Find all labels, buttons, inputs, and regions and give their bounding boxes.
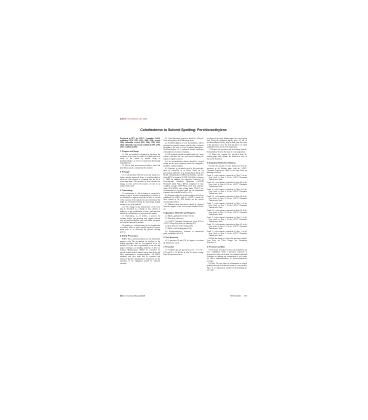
page-header: AATCC Test Method 157-2000 bbox=[120, 118, 247, 120]
paragraph: 9.1 Precision. Precision for this test m… bbox=[207, 249, 247, 262]
canvas-background: AATCC Test Method 157-2000 Colorfastness… bbox=[0, 0, 368, 420]
paragraph: Grade 5—color transfer equivalent to Ste… bbox=[207, 174, 247, 181]
section-heading: 2. Principle bbox=[120, 171, 160, 173]
paragraph: 3.1.1 The change in any characteristic o… bbox=[120, 206, 160, 215]
paragraph: 8.2 Rate the change in color of the spec… bbox=[207, 237, 247, 244]
paragraph: 5.3 AATCC Chromatic Transference Scale (… bbox=[163, 220, 203, 224]
text-column-right: two layers of the white blotting paper i… bbox=[207, 137, 247, 294]
paragraph: 4.2 Perchloroethylene is toxic by inhala… bbox=[163, 142, 203, 153]
paragraph: 7.1 Condition the test specimens at 21 ±… bbox=[163, 249, 203, 256]
text-columns: Developed in 1975 by AATCC Committee RA4… bbox=[120, 137, 247, 294]
paragraph: 3.2 drycleaning, n.—of textiles, a proce… bbox=[120, 215, 160, 224]
paragraph: 4.7 Material safety data sheets should b… bbox=[163, 203, 203, 210]
paragraph: 4.3 All chemicals should be handled with… bbox=[163, 153, 203, 160]
paragraph: two layers of the white blotting paper i… bbox=[207, 137, 247, 148]
section-heading: 6. Test Specimen bbox=[163, 237, 203, 239]
paragraph: Developed in 1975 by AATCC Committee RA4… bbox=[120, 137, 160, 148]
text-column-left: Developed in 1975 by AATCC Committee RA4… bbox=[120, 137, 160, 294]
footer-manual-label: AATCC Technical Manual/2008 bbox=[120, 295, 145, 297]
paragraph: 8.1 Rate the amount of color transferred… bbox=[207, 165, 247, 174]
section-heading: 7. Procedure bbox=[163, 246, 203, 248]
section-heading: 1. Purpose and Scope bbox=[120, 150, 160, 152]
paragraph: 3.1 colorfastness, n.—the resistance of … bbox=[120, 192, 160, 205]
text-column-middle: 4.1 Good laboratory practices should be … bbox=[163, 137, 203, 294]
paragraph: 9.2 Bias. The true value of colorfastnes… bbox=[207, 262, 247, 271]
paragraph: 6.1 A specimen 80 mm (3.0 in.) square is… bbox=[163, 240, 203, 244]
paragraph: 1.2 Woven, knit and nonwoven fabrics, ya… bbox=[120, 165, 160, 169]
paragraph: Grade 4—color transfer equivalent to Ste… bbox=[207, 188, 247, 195]
paragraph: Grade 1—color transfer equivalent to Ste… bbox=[207, 230, 247, 237]
page-header-text: Test Method 157-2000 bbox=[127, 118, 147, 120]
paragraph: NOTE: These safety precautions are for i… bbox=[120, 238, 160, 264]
page-footer: AATCC Technical Manual/2008 TM 157-2000 … bbox=[120, 294, 247, 297]
paragraph: 1.1 This test method is designed to dete… bbox=[120, 153, 160, 164]
paragraph: Grade 3—color transfer equivalent to Ste… bbox=[207, 202, 247, 209]
document-title: Colorfastness to Solvent Spotting: Perch… bbox=[120, 128, 247, 132]
section-heading: 8. Evaluation Method for Staining bbox=[207, 162, 247, 164]
paragraph: 2.1 A test specimen laid flat across the… bbox=[120, 174, 160, 187]
paragraph: Grade 1.5—color transfer equivalent to S… bbox=[207, 223, 247, 230]
footer-page-number: 273 bbox=[244, 295, 247, 297]
document-page-content: AATCC Test Method 157-2000 Colorfastness… bbox=[120, 118, 247, 297]
section-heading: 3. Terminology bbox=[120, 189, 160, 191]
footer-method-label: TM 157-2000 bbox=[230, 295, 241, 297]
paragraph: 5.6 Perchloroethylene, technical or comm… bbox=[163, 230, 203, 234]
footer-right-group: TM 157-2000 273 bbox=[230, 295, 247, 297]
section-heading: 4. Safety Precautions bbox=[120, 235, 160, 237]
paragraph: 4.1 Good laboratory practices should be … bbox=[163, 137, 203, 141]
paragraph: 7.3 When dry, separate the specimen from… bbox=[207, 153, 247, 160]
section-heading: 9. Precision and Bias bbox=[207, 246, 247, 248]
paragraph: 7.2 Remove the specimen and its backing … bbox=[207, 149, 247, 153]
paragraph: Grade 4.5—color transfer equivalent to S… bbox=[207, 181, 247, 188]
paragraph: Grade 2—color transfer equivalent to Ste… bbox=[207, 216, 247, 223]
paragraph: Grade 3.5—color transfer equivalent to S… bbox=[207, 195, 247, 202]
document-page: AATCC Test Method 157-2000 Colorfastness… bbox=[120, 118, 247, 297]
paragraph: 4.4 An eyewash/safety shower should be l… bbox=[163, 160, 203, 167]
paragraph: 3.3 spotting, n.—in drycleaning, the loc… bbox=[120, 224, 160, 233]
paragraph: 4.6 Exposure limits for perchloroethylen… bbox=[163, 194, 203, 203]
paragraph: 4.5 Exposure to chemicals used in this p… bbox=[163, 167, 203, 193]
paragraph: Grade 2.5—color transfer equivalent to S… bbox=[207, 209, 247, 216]
section-heading: 5. Apparatus, Materials and Reagents bbox=[163, 212, 203, 214]
